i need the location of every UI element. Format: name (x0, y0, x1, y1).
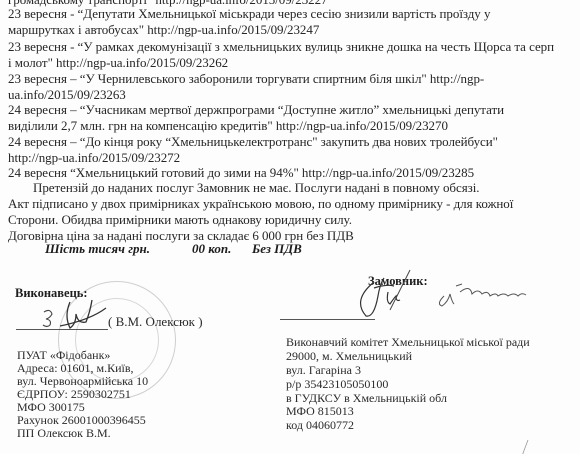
contractor-detail: ПП Олексюк В.М. (17, 427, 111, 441)
customer-signature (340, 274, 570, 324)
body-line: виділили 2,7 млн. грн на компенсацію кре… (8, 118, 448, 133)
contractor-signature-line (16, 329, 108, 330)
body-line: 23 вересня – “У Чернилевського заборонил… (8, 71, 484, 86)
stray-pen-mark (520, 440, 530, 454)
customer-detail: 29000, м. Хмельницький (286, 350, 412, 364)
body-line: 23 вересня - “У рамках декомунізації з х… (8, 39, 554, 54)
body-line: ua.info/2015/09/23263 (8, 87, 126, 102)
customer-signature-line (280, 319, 375, 320)
act-signed-line: Сторони. Обидва примірники мають однаков… (8, 212, 352, 227)
amount-kop: 00 коп. (192, 241, 231, 257)
scanned-document-page: громадському транспорті" http://ngp-ua.i… (0, 0, 580, 454)
contractor-signatory-name: ( В.М. Олексюк ) (108, 315, 203, 329)
customer-detail: вул. Гагаріна 3 (286, 364, 361, 378)
claims-paragraph: Претензій до наданих послуг Замовник не … (33, 180, 480, 195)
body-line: 24 вересня – “Учасникам мертвої держпрог… (8, 102, 504, 117)
customer-detail: Виконавчий комітет Хмельницької міської … (286, 336, 530, 350)
body-line: маршрутках і автобусах" http://ngp-ua.in… (8, 22, 319, 37)
body-line: і молот" http://ngp-ua.info/2015/09/2326… (8, 55, 228, 70)
body-line: 24 вересня – “До кінця року “Хмельницьке… (8, 134, 498, 149)
amount-uah: Шість тисяч грн. (45, 241, 150, 257)
amount-vat: Без ПДВ (252, 241, 302, 257)
body-line: 23 вересня - “Депутати Хмельницької місь… (8, 6, 490, 21)
customer-detail: МФО 815013 (286, 405, 354, 419)
customer-detail: код 04060772 (286, 419, 354, 433)
act-signed-line: Акт підписано у двох примірниках українс… (8, 196, 513, 211)
body-line: 24 вересня “Хмельницький готовий до зими… (8, 165, 474, 180)
customer-detail: р/р 35423105050100 (286, 378, 388, 392)
body-line: http://ngp-ua.info/2015/09/23272 (8, 150, 180, 165)
